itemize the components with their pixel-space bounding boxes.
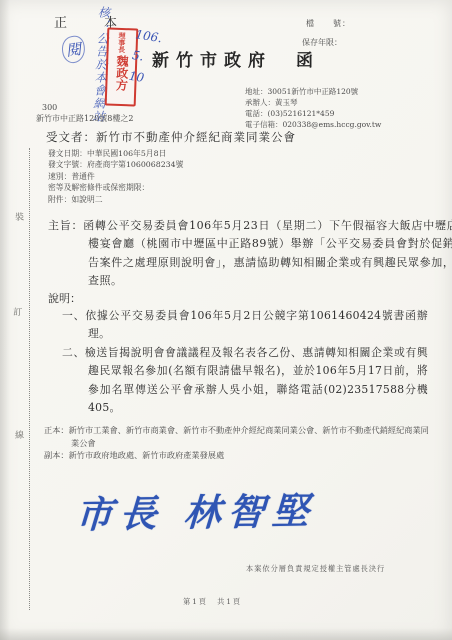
scan-edge-shadow-left bbox=[0, 0, 10, 640]
issue-number: 發文字號：府產商字第1060068234號 bbox=[48, 159, 183, 170]
document-meta-block: 發文日期：中華民國106年5月8日 發文字號：府產商字第1060068234號 … bbox=[48, 148, 183, 205]
subject-text: 函轉公平交易委員會106年5月23日（星期二）下午假福容大飯店中壢店7樓宴會廳（… bbox=[83, 219, 452, 287]
recipient-street-address: 新竹市中正路120號8樓之2 bbox=[36, 113, 133, 124]
copy-recipients: 副本：新竹市政府地政處、新竹市政府產業發展處 bbox=[44, 449, 436, 462]
page-number: 第1頁 共1頁 bbox=[183, 597, 242, 607]
security-classification: 密等及解密條件或保密期限： bbox=[48, 182, 183, 193]
binding-dotted-line bbox=[29, 148, 30, 610]
file-number-label: 檔 號： bbox=[306, 18, 351, 29]
read-mark-annotation: 閱 bbox=[60, 35, 87, 65]
document-title: 新竹市政府 函 bbox=[152, 46, 320, 71]
subject-paragraph: 主旨：函轉公平交易委員會106年5月23日（星期二）下午假福容大飯店中壢店7樓宴… bbox=[48, 217, 452, 290]
subject-label: 主旨： bbox=[48, 219, 83, 232]
sender-address: 地址：30051新竹市中正路120號 bbox=[245, 86, 381, 97]
original-recipients: 正本：新竹市工業會、新竹市商業會、新竹市不動產仲介經紀商業同業公會、新竹市不動產… bbox=[44, 424, 436, 449]
sender-phone: 電話：(03)5216121*459 bbox=[245, 108, 381, 119]
binding-mark-ding: 訂 bbox=[13, 305, 23, 318]
explanation-label: 說明： bbox=[48, 290, 81, 306]
binding-mark-zhuang: 裝 bbox=[15, 210, 25, 224]
recipient-line: 受文者：新竹市不動產仲介經紀商業同業公會 bbox=[46, 129, 296, 145]
sender-contact-person: 承辦人：黃玉琴 bbox=[245, 97, 381, 108]
distribution-block: 正本：新竹市工業會、新竹市商業會、新竹市不動產仲介經紀商業同業公會、新竹市不動產… bbox=[44, 424, 436, 462]
delegation-note: 本案依分層負責規定授權主管處長決行 bbox=[246, 564, 385, 574]
mayor-signature: 市長 林智堅 bbox=[74, 479, 377, 538]
explanation-item: 二、檢送旨揭說明會會議議程及報名表各乙份、惠請轉知相關企業或有興趣民眾報名參加(… bbox=[62, 344, 428, 417]
recipient-zip-code: 300 bbox=[42, 103, 57, 112]
explanation-list: 一、依據公平交易委員會106年5月2日公競字第1061460424號書函辦理。 … bbox=[62, 307, 428, 418]
document-page: 正 本 檔 號： 保存年限： 新竹市政府 函 核：公告於本會網站 閱 理事長 魏… bbox=[0, 0, 452, 640]
attachment-note: 附件：如說明二 bbox=[48, 194, 183, 205]
issue-date: 發文日期：中華民國106年5月8日 bbox=[48, 148, 183, 159]
stamp-title-text: 理事長 bbox=[118, 32, 126, 53]
scan-edge-shadow-bottom bbox=[0, 628, 452, 640]
priority-level: 速別：普通件 bbox=[48, 171, 183, 182]
binding-mark-xian: 線 bbox=[15, 428, 24, 441]
explanation-item: 一、依據公平交易委員會106年5月2日公競字第1061460424號書函辦理。 bbox=[62, 307, 428, 344]
sender-contact-block: 地址：30051新竹市中正路120號 承辦人：黃玉琴 電話：(03)521612… bbox=[245, 86, 381, 130]
